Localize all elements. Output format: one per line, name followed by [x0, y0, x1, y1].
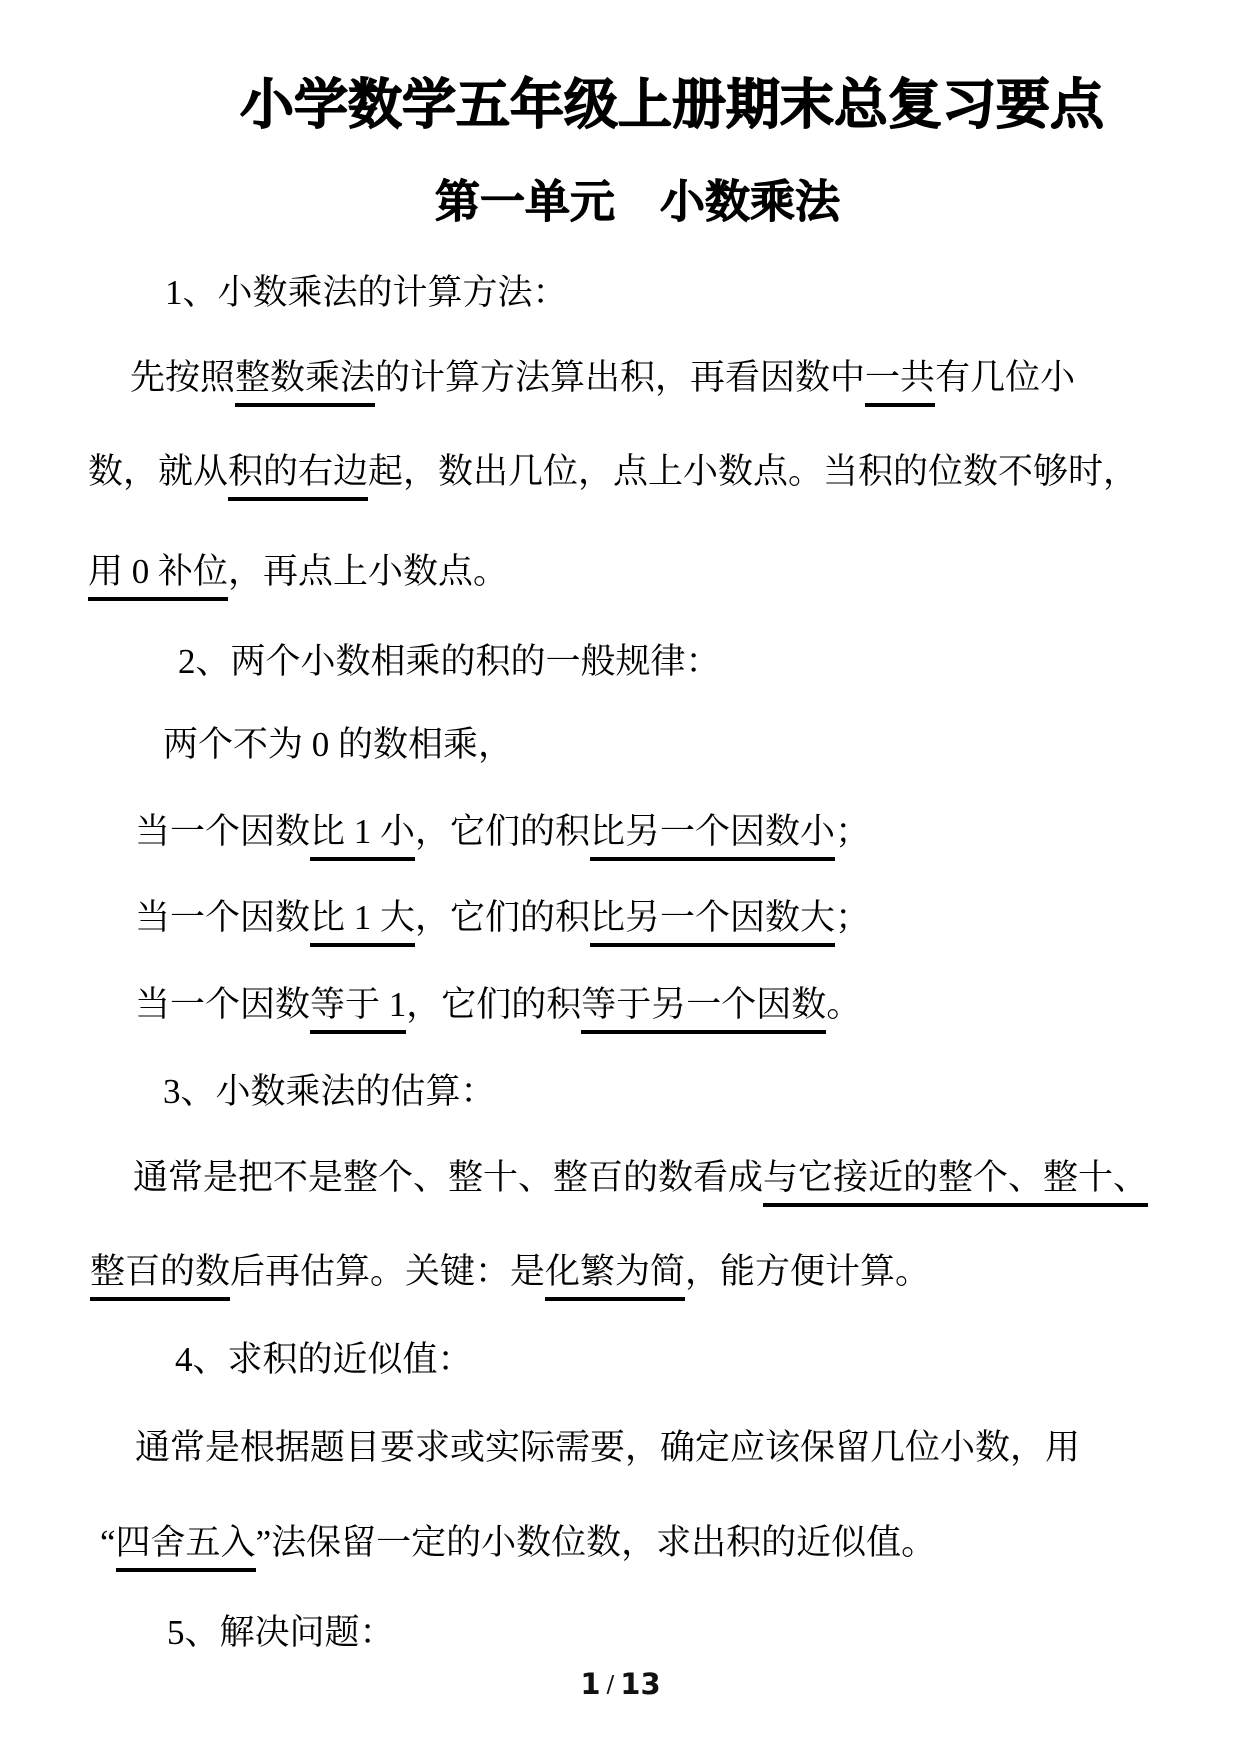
para-1-line-3: 用 0 补位，再点上小数点。 — [88, 550, 508, 601]
para-1-line-1: 先按照整数乘法的计算方法算出积，再看因数中一共有几位小 — [130, 356, 1075, 407]
plain-text: ，它们的积 — [415, 812, 590, 851]
document-page: 小学数学五年级上册期末总复习要点 第一单元 小数乘法 1、小数乘法的计算方法： … — [0, 0, 1241, 1754]
plain-text: 2、两个小数相乘的积的一般规律： — [178, 642, 721, 681]
underlined-text: 比 1 小 — [310, 810, 415, 861]
plain-text: 3、小数乘法的估算： — [163, 1072, 496, 1111]
plain-text: ，能方便计算。 — [685, 1252, 930, 1291]
document-title: 小学数学五年级上册期末总复习要点 — [240, 74, 1104, 136]
para-2-rule-smaller: 当一个因数比 1 小，它们的积比另一个因数小； — [135, 810, 870, 861]
plain-text: 1、小数乘法的计算方法： — [165, 273, 568, 312]
plain-text: ”法保留一定的小数位数，求出积的近似值。 — [256, 1523, 937, 1562]
plain-text: 5、解决问题： — [167, 1613, 395, 1652]
plain-text: ，它们的积 — [406, 985, 581, 1024]
para-2-intro: 两个不为 0 的数相乘， — [163, 723, 513, 767]
underlined-text: 四舍五入 — [116, 1521, 256, 1572]
plain-text: 当一个因数 — [135, 898, 310, 937]
underlined-text: 整百的数 — [90, 1250, 230, 1301]
underlined-text: 比另一个因数小 — [590, 810, 835, 861]
para-1-line-2: 数，就从积的右边起，数出几位，点上小数点。当积的位数不够时， — [88, 450, 1138, 501]
underlined-text: 等于另一个因数 — [581, 983, 826, 1034]
heading-item-4: 4、求积的近似值： — [175, 1338, 473, 1382]
plain-text: ； — [835, 812, 870, 851]
plain-text: 当一个因数 — [135, 812, 310, 851]
underlined-text: 一共 — [865, 356, 935, 407]
plain-text: 起，数出几位，点上小数点。当积的位数不够时， — [368, 452, 1138, 491]
plain-text: 两个不为 0 的数相乘， — [163, 725, 513, 764]
underlined-text: 与它接近的整个、整十、 — [763, 1156, 1148, 1207]
plain-text: 。 — [826, 985, 861, 1024]
page-number-separator: / — [607, 1672, 615, 1698]
para-3-line-1: 通常是把不是整个、整十、整百的数看成与它接近的整个、整十、 — [133, 1156, 1148, 1207]
page-total: 13 — [620, 1667, 660, 1701]
plain-text: 有几位小 — [935, 358, 1075, 397]
underlined-text: 化繁为简 — [545, 1250, 685, 1301]
underlined-text: 积的右边 — [228, 450, 368, 501]
plain-text: 后再估算。关键：是 — [230, 1252, 545, 1291]
underlined-text: 比 1 大 — [310, 896, 415, 947]
underlined-text: 比另一个因数大 — [590, 896, 835, 947]
plain-text: ，再点上小数点。 — [228, 552, 508, 591]
plain-text: 通常是根据题目要求或实际需要，确定应该保留几位小数，用 — [135, 1428, 1080, 1467]
plain-text: 通常是把不是整个、整十、整百的数看成 — [133, 1158, 763, 1197]
plain-text: 当一个因数 — [135, 985, 310, 1024]
para-2-rule-bigger: 当一个因数比 1 大，它们的积比另一个因数大； — [135, 896, 870, 947]
para-3-line-2: 整百的数后再估算。关键：是化繁为简，能方便计算。 — [90, 1250, 930, 1301]
plain-text: ； — [835, 898, 870, 937]
para-2-rule-equal: 当一个因数等于 1，它们的积等于另一个因数。 — [135, 983, 861, 1034]
plain-text: 数，就从 — [88, 452, 228, 491]
plain-text: ，它们的积 — [415, 898, 590, 937]
plain-text: 先按照 — [130, 358, 235, 397]
para-4-line-1: 通常是根据题目要求或实际需要，确定应该保留几位小数，用 — [135, 1426, 1080, 1470]
plain-text: “ — [100, 1523, 116, 1562]
heading-item-3: 3、小数乘法的估算： — [163, 1070, 496, 1114]
underlined-text: 用 0 补位 — [88, 550, 228, 601]
plain-text: 4、求积的近似值： — [175, 1340, 473, 1379]
heading-item-2: 2、两个小数相乘的积的一般规律： — [178, 640, 721, 684]
plain-text: 的计算方法算出积，再看因数中 — [375, 358, 865, 397]
page-footer: 1/13 — [0, 1668, 1241, 1703]
page-number: 1 — [580, 1667, 600, 1701]
underlined-text: 等于 1 — [310, 983, 406, 1034]
heading-item-5: 5、解决问题： — [167, 1611, 395, 1655]
section-heading: 第一单元 小数乘法 — [435, 175, 840, 229]
heading-item-1: 1、小数乘法的计算方法： — [165, 271, 568, 315]
para-4-line-2: “四舍五入”法保留一定的小数位数，求出积的近似值。 — [100, 1521, 936, 1572]
underlined-text: 整数乘法 — [235, 356, 375, 407]
